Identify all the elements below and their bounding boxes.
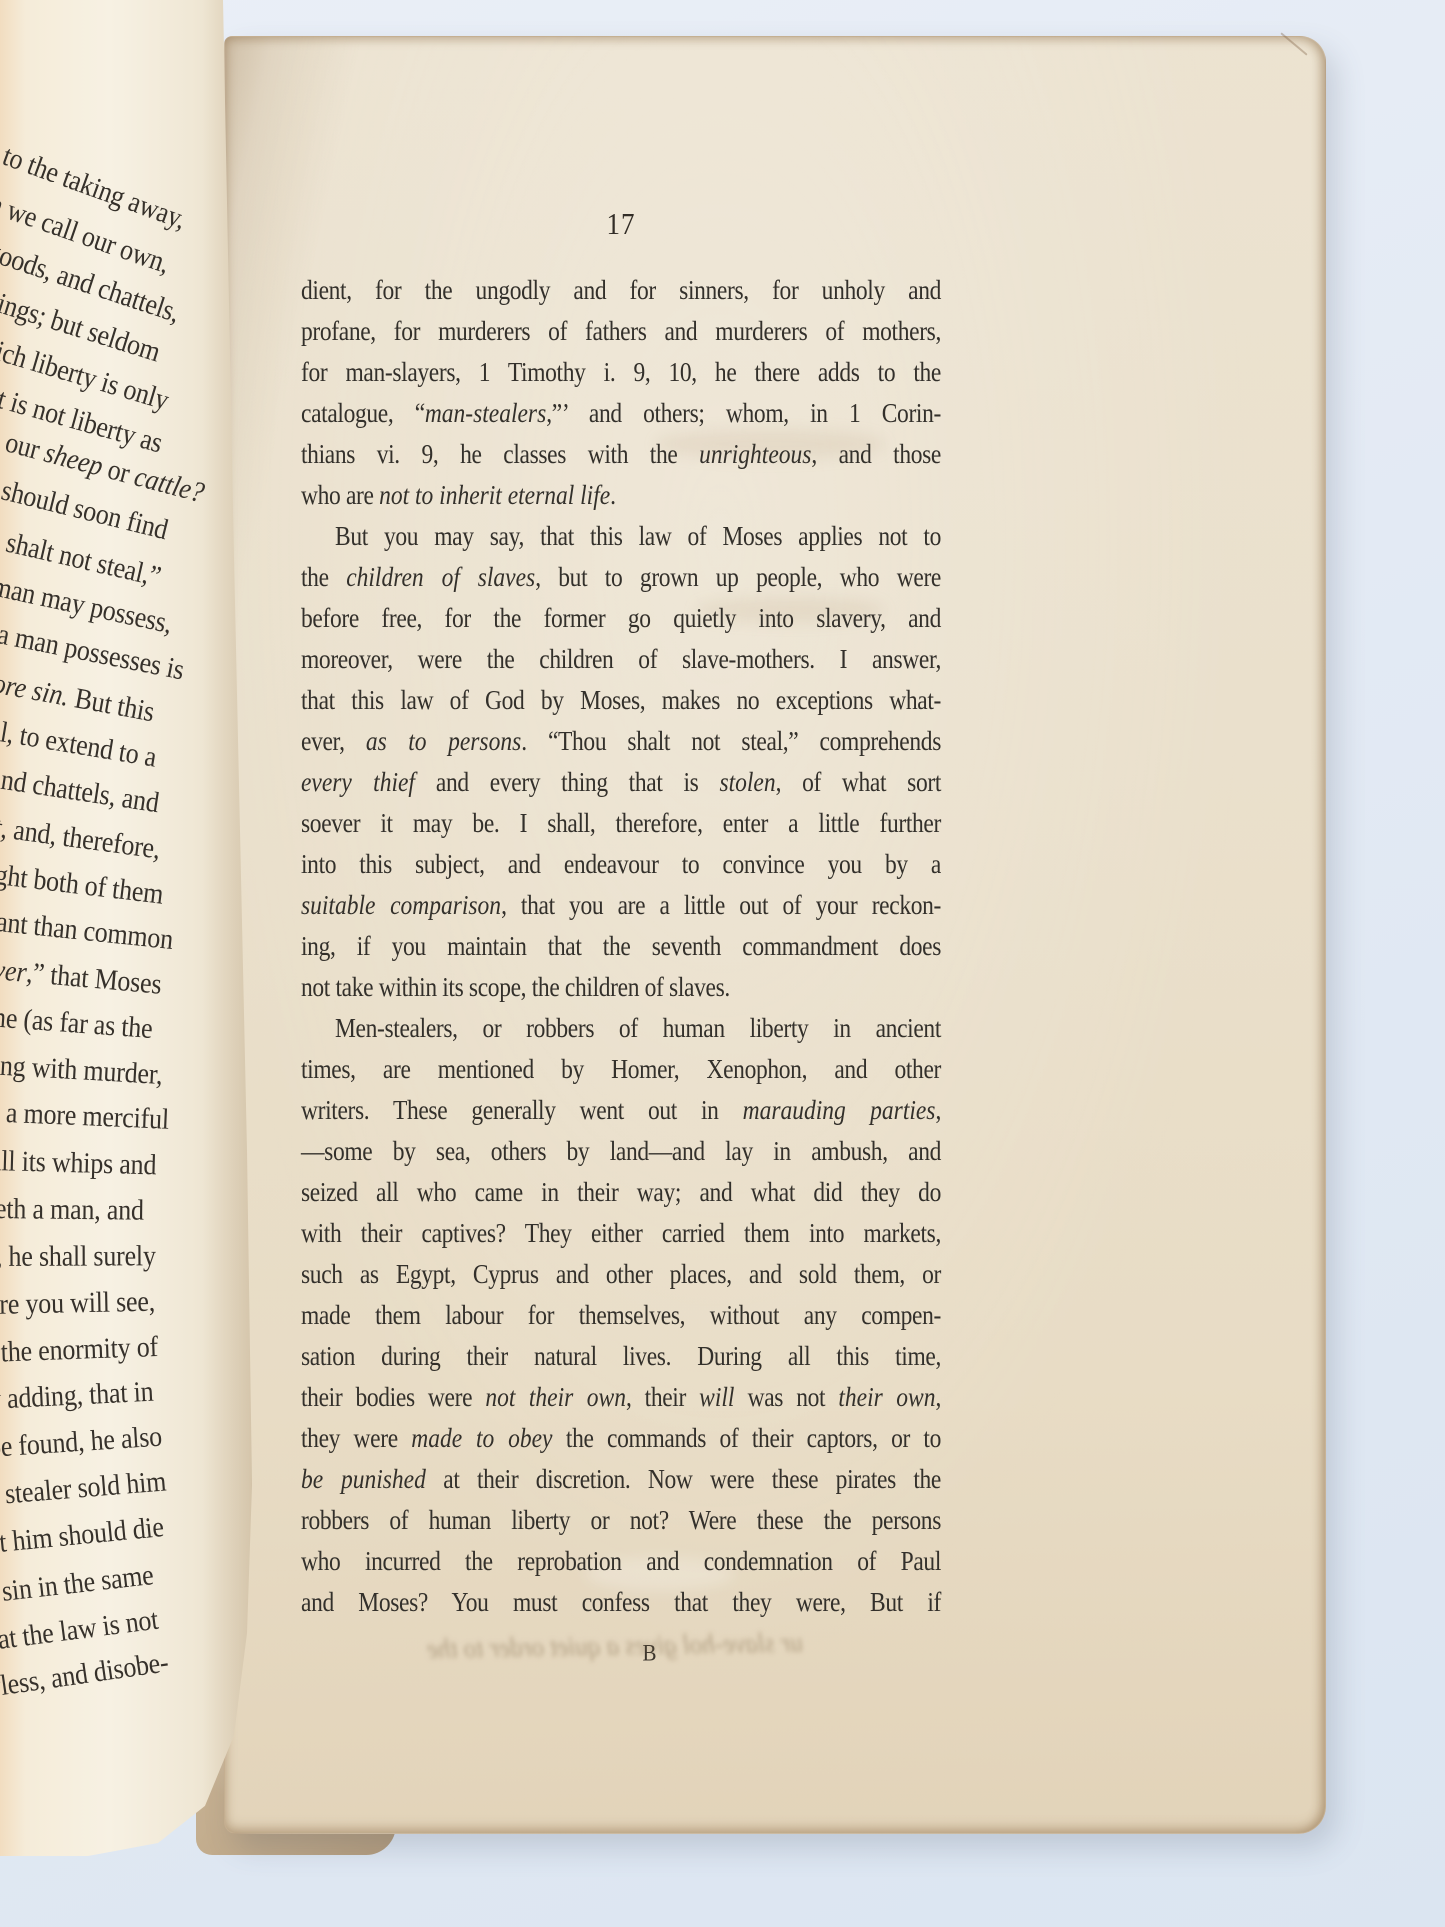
left-page-text-line: ight both of them: [0, 857, 165, 911]
left-page-text-line: n stealer sold him: [0, 1465, 167, 1513]
corner-crease: [1280, 32, 1307, 55]
left-page-text-line: at him should die: [0, 1510, 165, 1560]
left-page-text-line: me (as far as the: [0, 1000, 154, 1046]
left-page-text-line: ting with murder,: [0, 1048, 163, 1092]
left-page-text-line: rant than common: [0, 905, 175, 958]
book-page-right: 17 dient, for the ungodly and for sinner…: [224, 36, 1326, 1834]
left-page-text-line: yless, and disobe-: [0, 1645, 171, 1704]
left-page-text-line: sin in the same: [0, 1558, 155, 1608]
left-page-text-line: leth a man, and: [0, 1192, 144, 1227]
left-page-text-line: s, he shall surely: [0, 1239, 156, 1273]
left-page-text-line: f the enormity of: [0, 1330, 159, 1370]
photo-background: 17 dient, for the ungodly and for sinner…: [0, 0, 1445, 1927]
page-number: 17: [301, 207, 941, 242]
left-page-text-line: be found, he also: [0, 1420, 163, 1465]
paragraph: Men-stealers, or robbers of human libert…: [301, 1009, 941, 1624]
left-page-text-line: all its whips and: [0, 1144, 157, 1182]
paragraph: dient, for the ungodly and for sinners, …: [301, 271, 941, 517]
left-page-text-line: a more merciful: [5, 1096, 169, 1136]
left-page-text-line: rt, and, therefore,: [0, 809, 162, 866]
paragraph: But you may say, that this law of Moses …: [301, 517, 941, 1009]
left-page-text-line: y adding, that in: [0, 1375, 154, 1417]
left-page-text-line: at the law is not: [0, 1603, 160, 1657]
page-text: dient, for the ungodly and for sinners, …: [301, 271, 941, 1624]
text-line: and Moses? You must confess that they we…: [301, 1580, 941, 1628]
book-page-left: to the taking away,h we call our own,goo…: [0, 0, 262, 1856]
left-page-text-line: ere you will see,: [0, 1285, 155, 1322]
left-page-text-line: ever,” that Moses: [0, 953, 163, 1002]
